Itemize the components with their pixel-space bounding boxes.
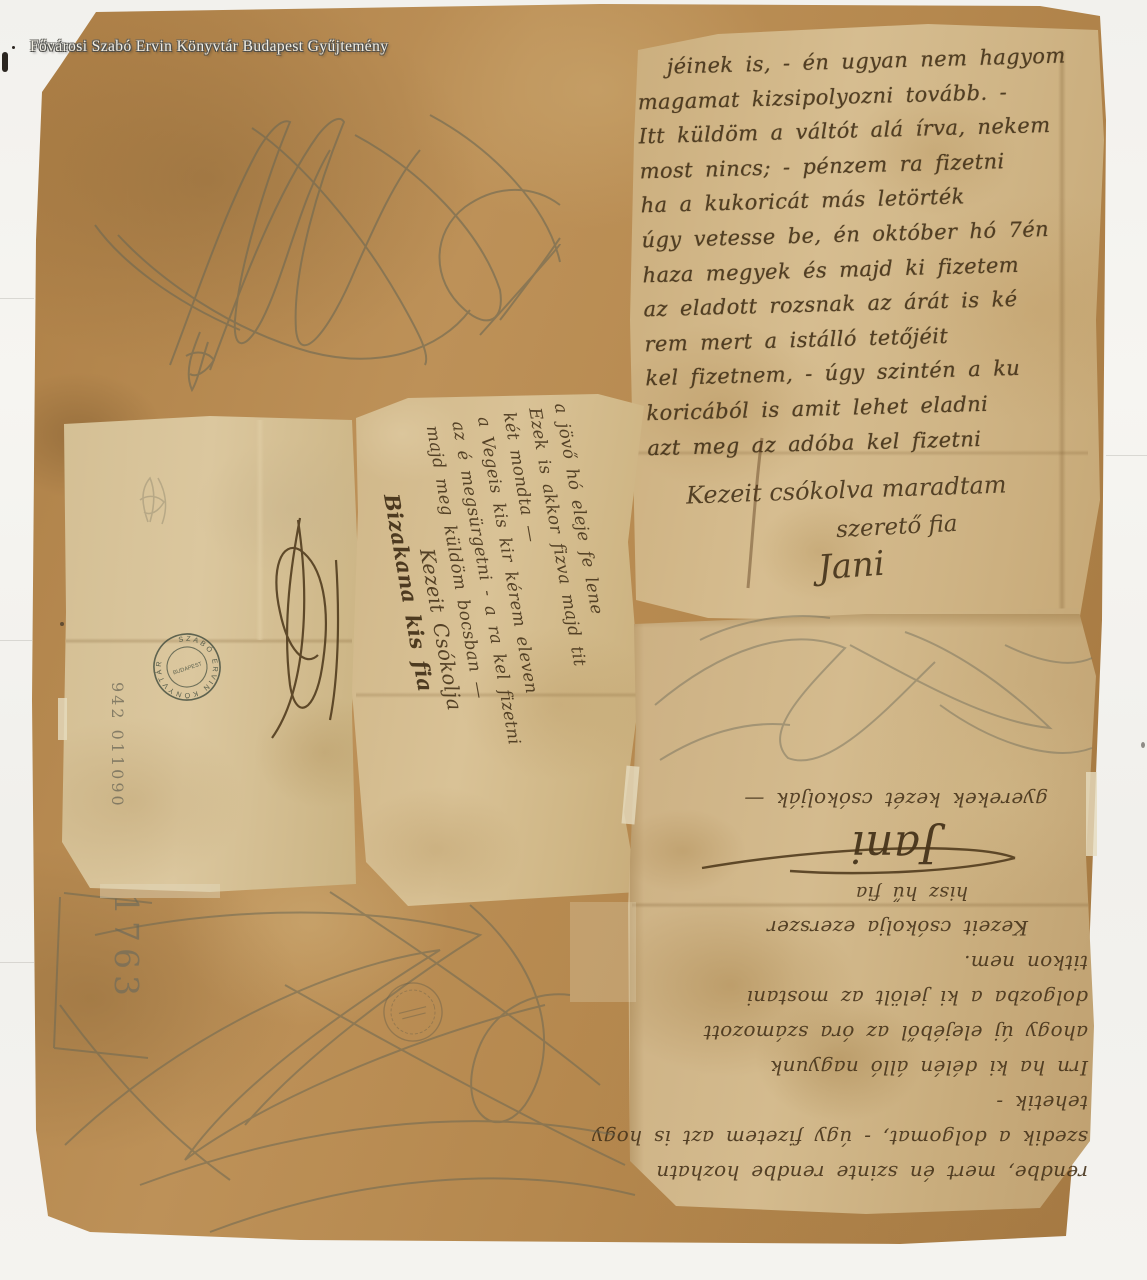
paper-crease: [256, 420, 264, 640]
handwriting-line: dolgozba a ki jelölt az mostani: [648, 980, 1088, 1015]
scan-seam: [0, 962, 34, 963]
speck: [1141, 742, 1145, 748]
signature: Jani: [817, 544, 886, 589]
handwriting-line: Irn ha ki délén álló nagyunk: [648, 1050, 1088, 1085]
handwriting-line: titkon nem.: [648, 945, 1088, 980]
letter-body-bottom-right-upside-down: rendbe, mert én szinte rendbe hozhatn sz…: [648, 640, 1088, 1200]
scan-seam: [1106, 455, 1147, 456]
corner-number: 1763: [104, 894, 146, 1054]
inventory-number: 942 011090: [101, 682, 127, 854]
speck: [60, 622, 64, 626]
scanned-archive-page: jéinek is, - én ugyan nem hagyom magamat…: [0, 0, 1147, 1280]
library-watermark: Fővárosi Szabó Ervin Könyvtár Budapest G…: [30, 38, 388, 56]
letter-postscript: gyerekek kezét csókolják —: [648, 782, 1048, 817]
edge-mark: [2, 52, 8, 72]
handwriting-line: ahogy új elejéből az óra számozott: [648, 1015, 1088, 1050]
handwriting-line: rendbe, mert én szinte rendbe hozhatn: [648, 1155, 1088, 1190]
speck: [12, 46, 15, 49]
letter-closing: Kezeit csókolja ezerszer: [648, 910, 1028, 945]
letter-body-top-right: jéinek is, - én ugyan nem hagyom magamat…: [636, 38, 1103, 466]
signature: Jani: [648, 817, 938, 875]
handwriting-line: szedik a dolgomat, - úgy fizetem azt is …: [648, 1120, 1088, 1155]
scan-seam: [0, 640, 32, 641]
scan-seam: [0, 298, 34, 299]
letter-closing: hisz hű fia: [648, 875, 968, 910]
handwriting-line: tehetik -: [648, 1085, 1088, 1120]
paper-crease: [66, 638, 352, 644]
